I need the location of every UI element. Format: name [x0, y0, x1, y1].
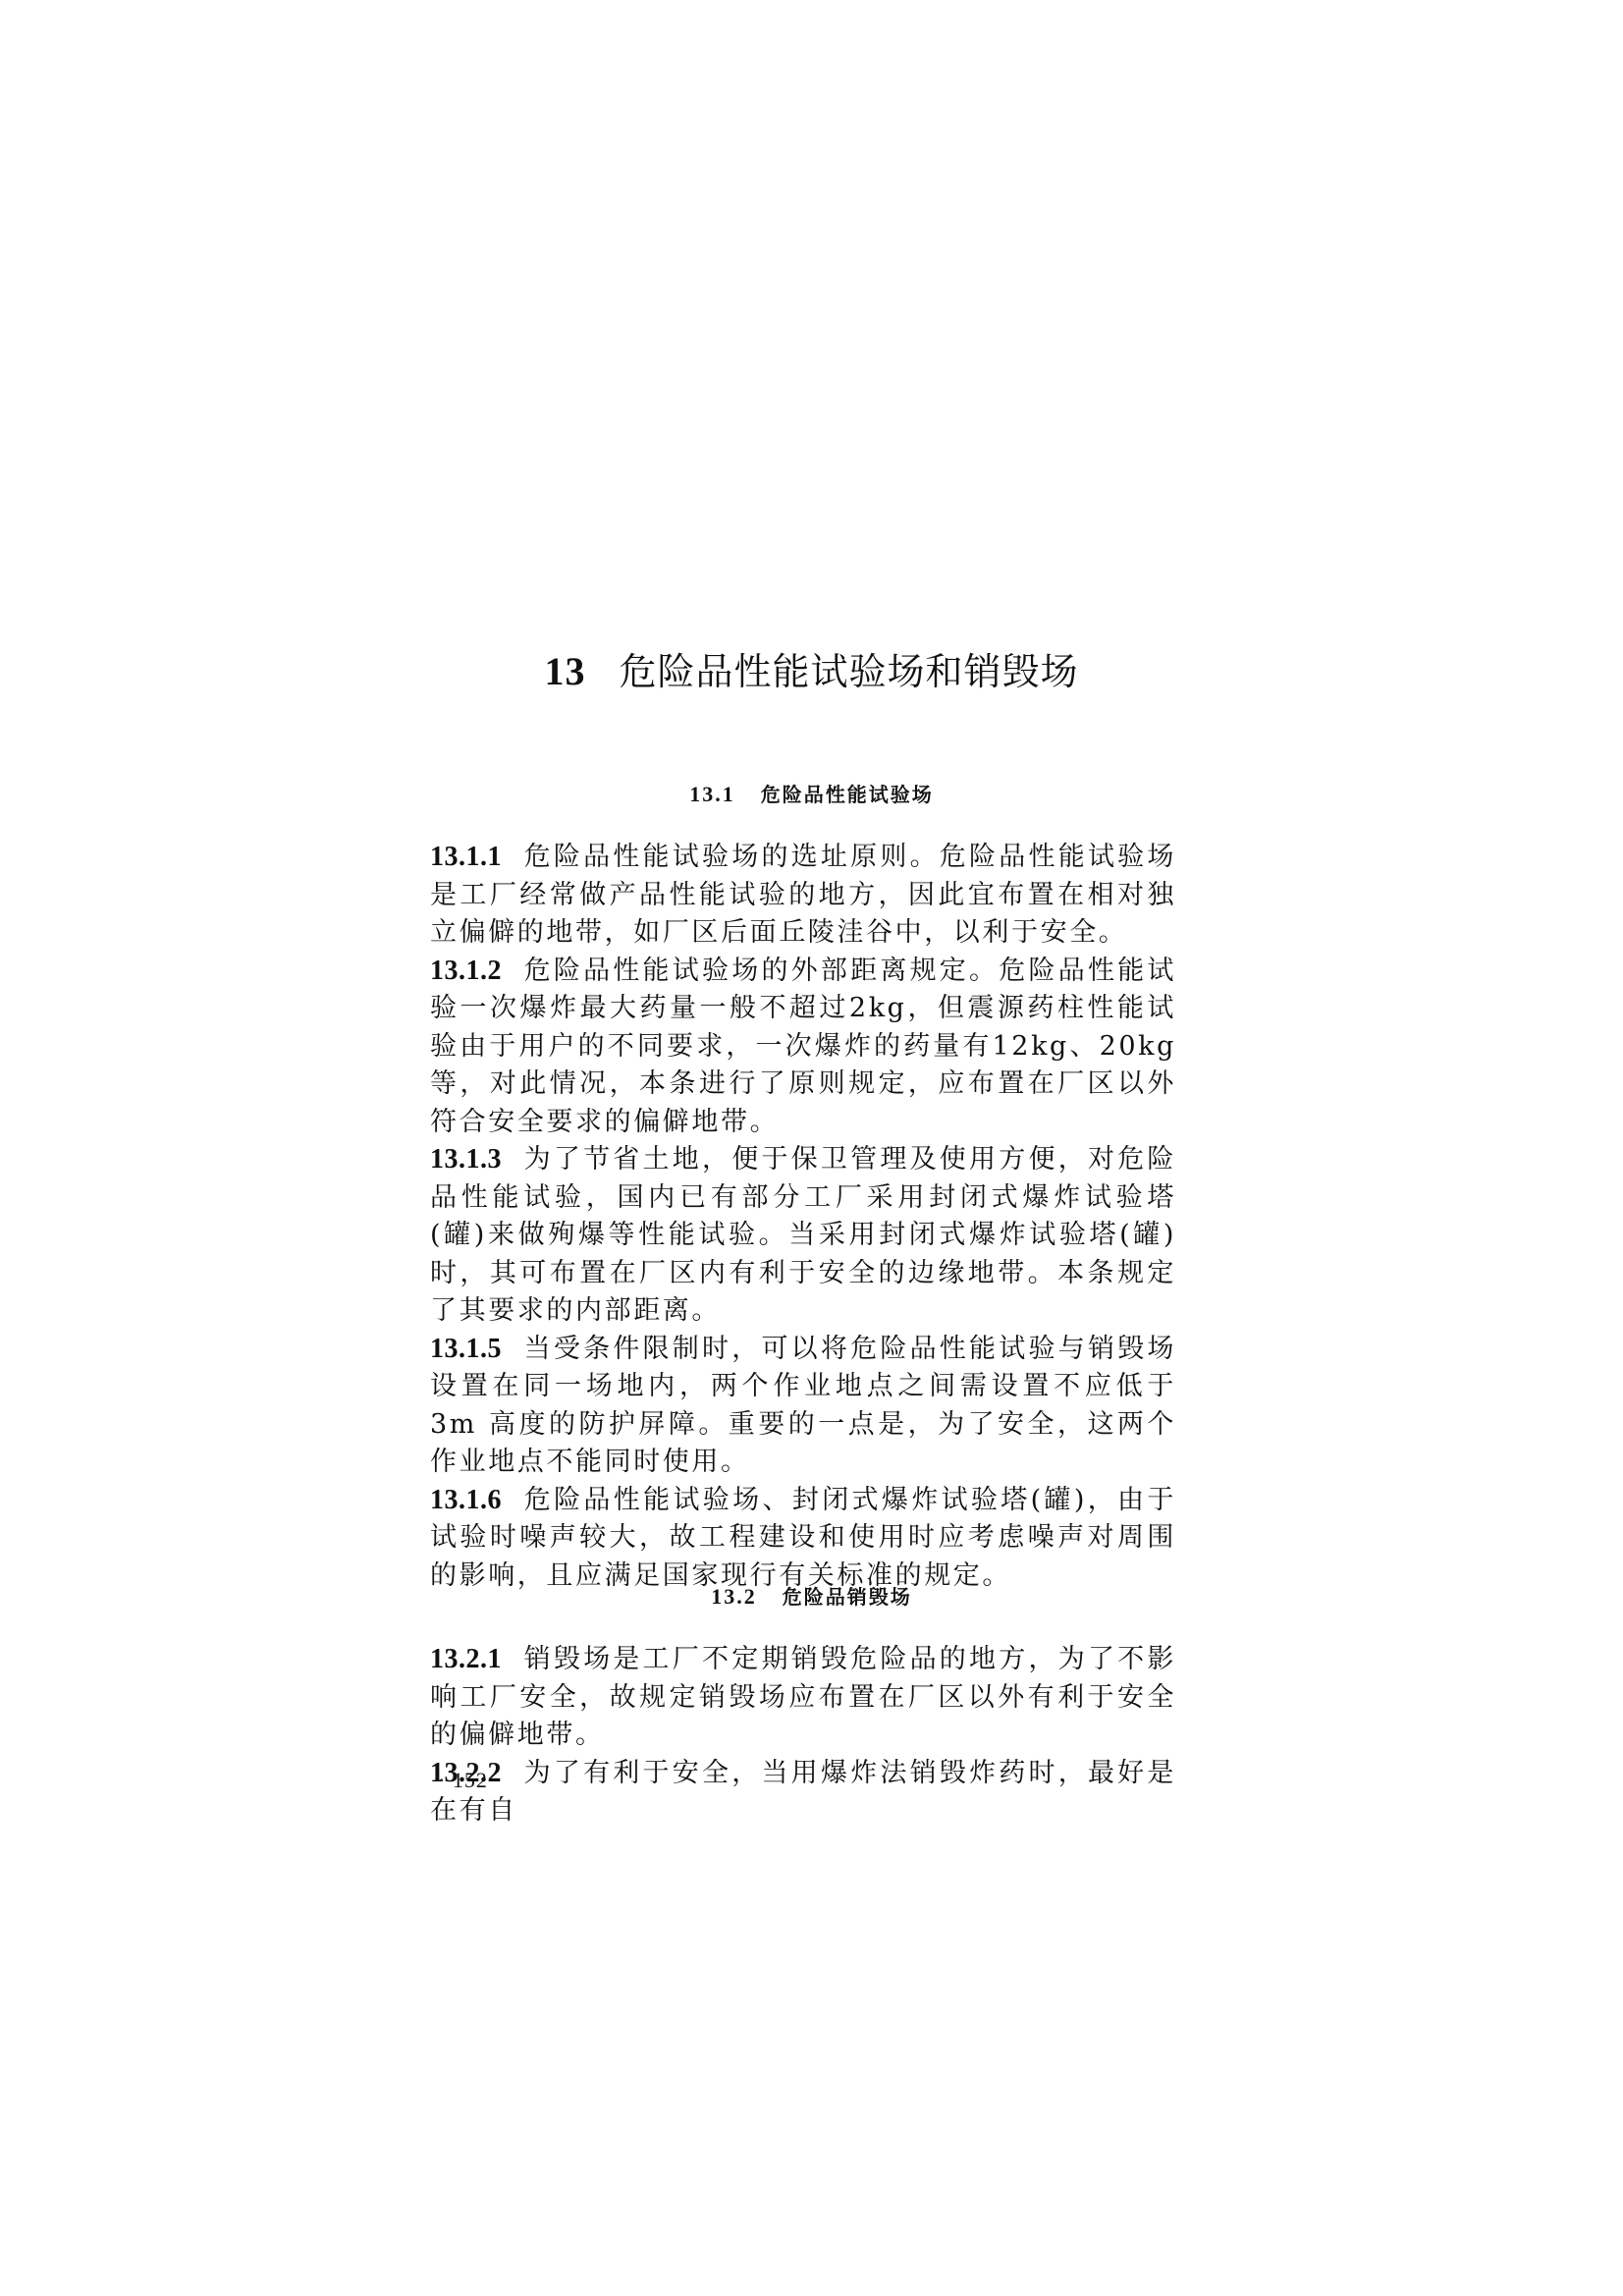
section-title: 危险品性能试验场 — [761, 783, 934, 806]
chapter-number: 13 — [544, 649, 585, 693]
clause-text: 销毁场是工厂不定期销毁危险品的地方，为了不影响工厂安全，故规定销毁场应布置在厂区… — [430, 1644, 1176, 1750]
section-13-1-body: 13.1.1危险品性能试验场的选址原则。危险品性能试验场是工厂经常做产品性能试验… — [430, 839, 1176, 1595]
clause-13-2-2: 13.2.2为了有利于安全，当用爆炸法销毁炸药时，最好是在有自 — [430, 1755, 1176, 1831]
section-heading-13-1: 13.1危险品性能试验场 — [0, 780, 1623, 809]
clause-number: 13.2.1 — [430, 1644, 502, 1674]
clause-text: 危险品性能试验场、封闭式爆炸试验塔(罐)，由于试验时噪声较大，故工程建设和使用时… — [430, 1485, 1176, 1591]
clause-text: 危险品性能试验场的选址原则。危险品性能试验场是工厂经常做产品性能试验的地方，因此… — [430, 842, 1176, 948]
clause-text: 危险品性能试验场的外部距离规定。危险品性能试验一次爆炸最大药量一般不超过2kg，… — [430, 956, 1176, 1137]
section-number: 13.1 — [689, 782, 735, 806]
section-13-2-body: 13.2.1销毁场是工厂不定期销毁危险品的地方，为了不影响工厂安全，故规定销毁场… — [430, 1641, 1176, 1831]
clause-number: 13.1.1 — [430, 842, 502, 872]
clause-text: 当受条件限制时，可以将危险品性能试验与销毁场设置在同一场地内，两个作业地点之间需… — [430, 1334, 1176, 1478]
page-number: · 152 · — [438, 1768, 503, 1793]
clause-number: 13.1.6 — [430, 1485, 502, 1515]
clause-13-1-1: 13.1.1危险品性能试验场的选址原则。危险品性能试验场是工厂经常做产品性能试验… — [430, 839, 1176, 953]
clause-13-1-3: 13.1.3为了节省土地，便于保卫管理及使用方便，对危险品性能试验，国内已有部分… — [430, 1141, 1176, 1331]
clause-13-2-1: 13.2.1销毁场是工厂不定期销毁危险品的地方，为了不影响工厂安全，故规定销毁场… — [430, 1641, 1176, 1755]
clause-13-1-2: 13.1.2危险品性能试验场的外部距离规定。危险品性能试验一次爆炸最大药量一般不… — [430, 953, 1176, 1142]
clause-number: 13.1.2 — [430, 956, 502, 986]
clause-text: 为了节省土地，便于保卫管理及使用方便，对危险品性能试验，国内已有部分工厂采用封闭… — [430, 1144, 1176, 1326]
chapter-title: 13危险品性能试验场和销毁场 — [0, 646, 1623, 697]
clause-13-1-6: 13.1.6危险品性能试验场、封闭式爆炸试验塔(罐)，由于试验时噪声较大，故工程… — [430, 1482, 1176, 1596]
section-number: 13.2 — [711, 1584, 757, 1609]
section-heading-13-2: 13.2危险品销毁场 — [0, 1582, 1623, 1612]
clause-13-1-5: 13.1.5当受条件限制时，可以将危险品性能试验与销毁场设置在同一场地内，两个作… — [430, 1331, 1176, 1482]
section-title: 危险品销毁场 — [783, 1585, 912, 1609]
chapter-title-text: 危险品性能试验场和销毁场 — [619, 650, 1078, 693]
clause-text: 为了有利于安全，当用爆炸法销毁炸药时，最好是在有自 — [430, 1758, 1176, 1827]
document-page: 13危险品性能试验场和销毁场 13.1危险品性能试验场 13.1.1危险品性能试… — [0, 0, 1623, 2296]
clause-number: 13.1.5 — [430, 1334, 502, 1364]
clause-number: 13.1.3 — [430, 1144, 502, 1175]
